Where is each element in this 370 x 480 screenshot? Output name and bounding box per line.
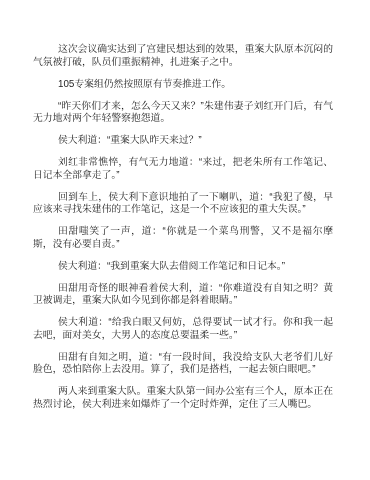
paragraph: 105专案组仍然按照原有节奏推进工作。 xyxy=(33,79,333,92)
paragraph: 回到车上，侯大利下意识地拍了一下喇叭，道：“我犯了傻，早应该来寻找朱建伟的工作笔… xyxy=(33,192,333,217)
reader-page: 这次会议确实达到了宫建民想达到的效果，重案大队原本沉闷的气氛被打破，队员们重振精… xyxy=(0,0,370,480)
paragraph: 田甜用奇怪的眼神看着侯大利，道：“你难道没有自知之明？黄卫被调走，重案大队如今见… xyxy=(33,283,333,308)
paragraph: 两人来到重案大队。重案大队第一间办公室有三个人，原本正在热烈讨论，侯大利进来如爆… xyxy=(33,386,333,411)
paragraph: 这次会议确实达到了宫建民想达到的效果，重案大队原本沉闷的气氛被打破，队员们重振精… xyxy=(33,44,333,69)
paragraph: 侯大利道：“给我白眼又何妨，总得要试一试才行。你和我一起去吧，面对美女，大男人的… xyxy=(33,317,333,342)
paragraph: “昨天你们才来，怎么今天又来？”朱建伟妻子刘红开门后，有气无力地对两个年轻警察抱… xyxy=(33,101,333,126)
paragraph: 侯大利道：“我到重案大队去借阅工作笔记和日记本。” xyxy=(33,261,333,274)
novel-text-block: 这次会议确实达到了宫建民想达到的效果，重案大队原本沉闷的气氛被打破，队员们重振精… xyxy=(0,0,370,411)
paragraph: 田甜有自知之明，道：“有一段时间，我没给支队大老爷们儿好脸色，恐怕陪你上去没用。… xyxy=(33,352,333,377)
paragraph: 田甜嗤笑了一声，道：“你就是一个菜鸟刑警，又不是福尔摩斯，没有必要自责。” xyxy=(33,226,333,251)
paragraph: 侯大利道：“重案大队昨天来过？” xyxy=(33,135,333,148)
paragraph: 刘红非常憔悴，有气无力地道：“来过，把老朱所有工作笔记、日记本全部拿走了。” xyxy=(33,157,333,182)
